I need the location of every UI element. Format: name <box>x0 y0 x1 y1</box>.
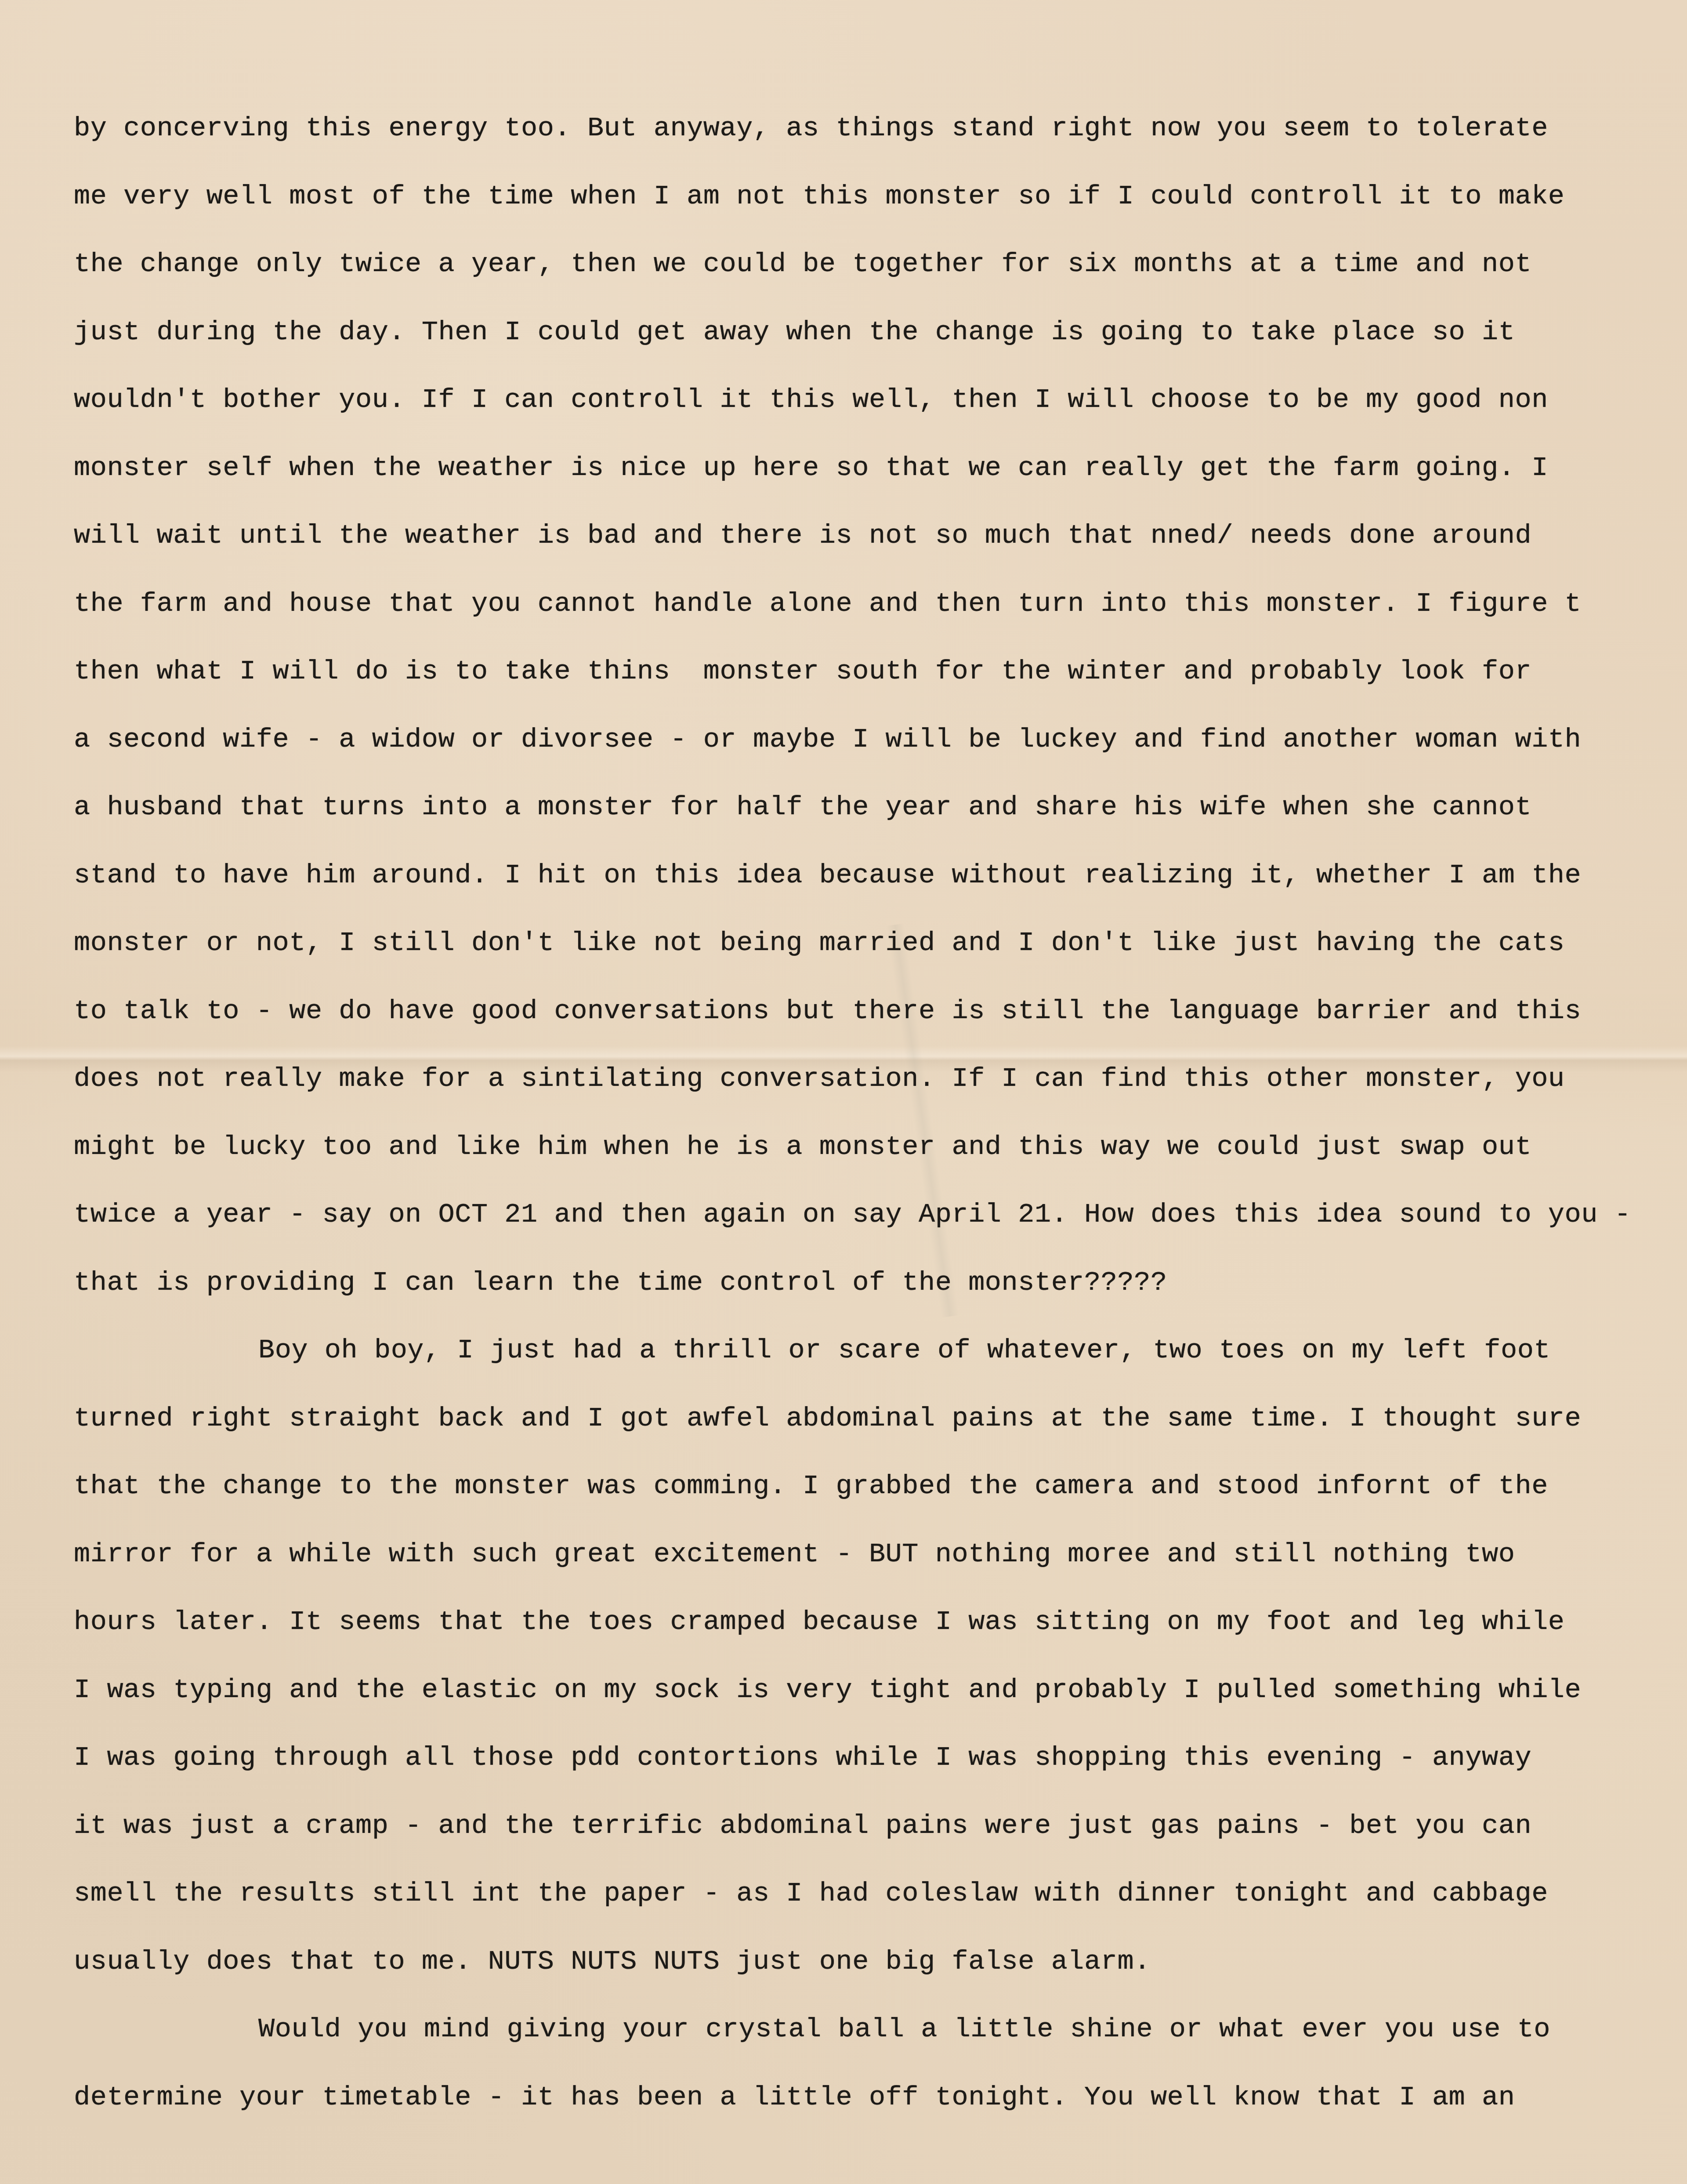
text-line: that the change to the monster was commi… <box>74 1452 1638 1520</box>
text-line-indented: Boy oh boy, I just had a thrill or scare… <box>74 1317 1638 1385</box>
text-line: monster self when the weather is nice up… <box>74 434 1638 502</box>
text-line: the farm and house that you cannot handl… <box>74 570 1638 638</box>
text-line: then what I will do is to take thins mon… <box>74 638 1638 706</box>
text-line: twice a year - say on OCT 21 and then ag… <box>74 1181 1638 1249</box>
paragraph-3: Would you mind giving your crystal ball … <box>74 1995 1638 2131</box>
text-line: will wait until the weather is bad and t… <box>74 502 1638 570</box>
text-line: smell the results still int the paper - … <box>74 1860 1638 1928</box>
text-line: a second wife - a widow or divorsee - or… <box>74 706 1638 774</box>
text-line: does not really make for a sintilating c… <box>74 1045 1638 1113</box>
letter-page: by concerving this energy too. But anywa… <box>0 0 1687 2184</box>
text-line: monster or not, I still don't like not b… <box>74 909 1638 977</box>
text-line: stand to have him around. I hit on this … <box>74 842 1638 910</box>
text-line: to talk to - we do have good conversatio… <box>74 977 1638 1045</box>
text-line: me very well most of the time when I am … <box>74 163 1638 231</box>
text-line: by concerving this energy too. But anywa… <box>74 94 1638 163</box>
text-line-indented: Would you mind giving your crystal ball … <box>74 1995 1638 2064</box>
text-line: usually does that to me. NUTS NUTS NUTS … <box>74 1928 1638 1996</box>
text-line: that is providing I can learn the time c… <box>74 1249 1638 1317</box>
text-line: I was going through all those pdd contor… <box>74 1724 1638 1792</box>
text-line: just during the day. Then I could get aw… <box>74 298 1638 366</box>
text-line: hours later. It seems that the toes cram… <box>74 1588 1638 1656</box>
text-line: mirror for a while with such great excit… <box>74 1520 1638 1589</box>
text-line: a husband that turns into a monster for … <box>74 773 1638 842</box>
text-line: the change only twice a year, then we co… <box>74 230 1638 298</box>
text-line: I was typing and the elastic on my sock … <box>74 1656 1638 1724</box>
text-line: it was just a cramp - and the terrific a… <box>74 1792 1638 1860</box>
letter-body: by concerving this energy too. But anywa… <box>74 94 1638 2131</box>
paragraph-1: by concerving this energy too. But anywa… <box>74 94 1638 1317</box>
text-line: determine your timetable - it has been a… <box>74 2064 1638 2132</box>
text-line: wouldn't bother you. If I can controll i… <box>74 366 1638 434</box>
text-line: might be lucky too and like him when he … <box>74 1113 1638 1181</box>
text-line: turned right straight back and I got awf… <box>74 1385 1638 1453</box>
paragraph-2: Boy oh boy, I just had a thrill or scare… <box>74 1317 1638 1995</box>
